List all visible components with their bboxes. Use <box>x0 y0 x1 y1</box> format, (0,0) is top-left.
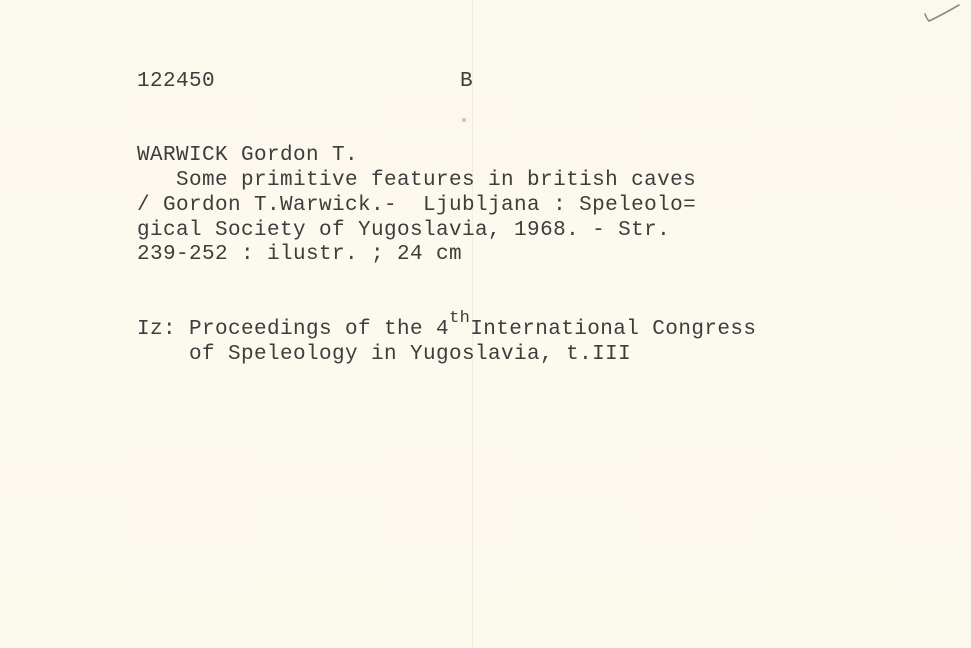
source-prefix: Iz: Proceedings of the 4 <box>137 318 449 341</box>
source-line: Iz: Proceedings of the 4thInternational … <box>137 318 756 343</box>
paper-speck <box>462 118 466 122</box>
checkmark-icon <box>922 2 962 26</box>
title-line: Some primitive features in british caves <box>137 169 696 193</box>
description-line-2: gical Society of Yugoslavia, 1968. - Str… <box>137 219 670 243</box>
catalog-card: 122450 B WARWICK Gordon T. Some primitiv… <box>0 0 971 648</box>
shelf-mark: B <box>460 70 473 94</box>
description-line-1: / Gordon T.Warwick.- Ljubljana : Speleol… <box>137 194 696 218</box>
source-continuation: of Speleology in Yugoslavia, t.III <box>137 343 631 367</box>
author-heading: WARWICK Gordon T. <box>137 144 358 168</box>
source-suffix: International Congress <box>470 318 756 341</box>
ordinal-superscript: th <box>449 309 470 328</box>
description-line-3: 239-252 : ilustr. ; 24 cm <box>137 243 462 267</box>
accession-number: 122450 <box>137 70 215 94</box>
